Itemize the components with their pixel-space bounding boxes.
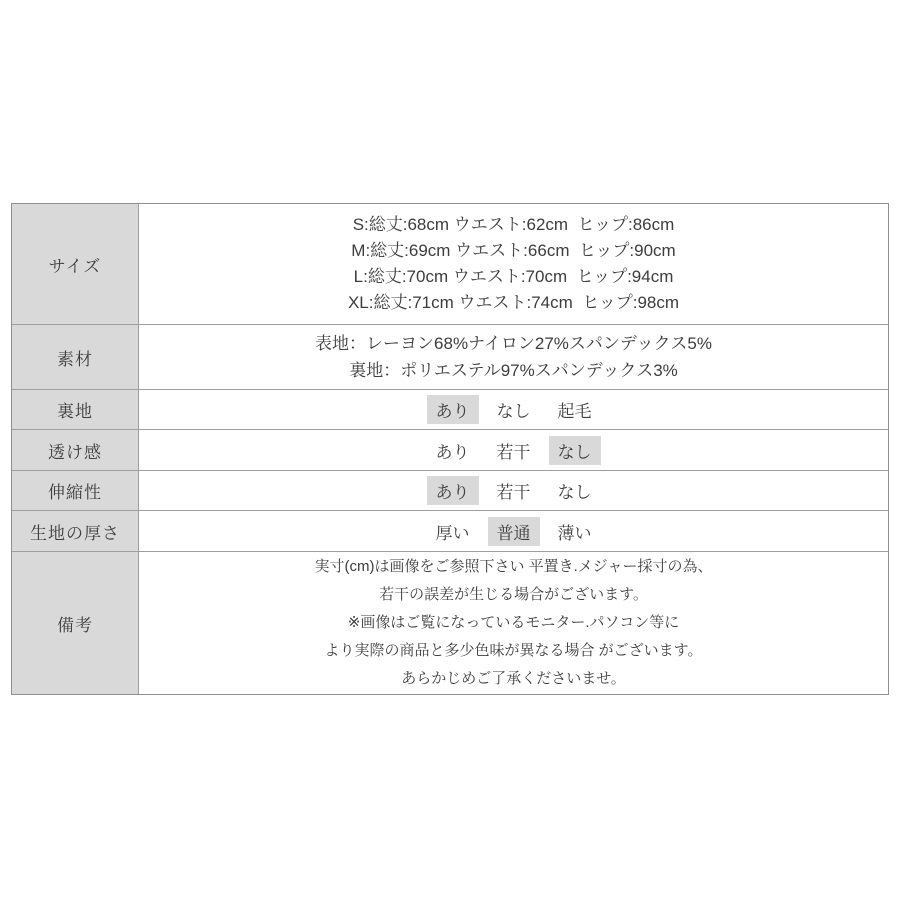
- option-stretch-jakkan: 若干: [488, 476, 540, 505]
- option-thickness-atsui: 厚い: [427, 517, 479, 546]
- size-values-cell: S:総丈:68cm ウエスト:62cm ヒップ:86cm M:総丈:69cm ウ…: [139, 204, 888, 324]
- option-sheer-nashi: なし: [549, 436, 601, 465]
- thickness-options-cell: 厚い 普通 薄い: [139, 511, 888, 551]
- option-stretch-ari: あり: [427, 476, 479, 505]
- thickness-options: 厚い 普通 薄い: [427, 517, 601, 546]
- size-line-l: L:総丈:70cm ウエスト:70cm ヒップ:94cm: [354, 264, 674, 290]
- row-header-notes: 備考: [12, 552, 139, 694]
- material-values-cell: 表地：レーヨン68%ナイロン27%スパンデックス5% 裏地：ポリエステル97%ス…: [139, 325, 888, 389]
- row-header-thickness: 生地の厚さ: [12, 511, 139, 551]
- table-row-lining: 裏地 あり なし 起毛: [12, 389, 888, 429]
- lining-options-cell: あり なし 起毛: [139, 390, 888, 429]
- row-header-size: サイズ: [12, 204, 139, 324]
- notes-line-2: 若干の誤差が生じる場合がございます。: [379, 581, 648, 609]
- row-header-lining: 裏地: [12, 390, 139, 429]
- option-stretch-nashi: なし: [549, 476, 601, 505]
- option-sheer-jakkan: 若干: [488, 436, 540, 465]
- option-lining-nashi: なし: [488, 395, 540, 424]
- option-sheer-ari: あり: [427, 436, 479, 465]
- notes-line-1: 実寸(cm)は画像をご参照下さい 平置き.メジャー採寸の為、: [314, 553, 712, 581]
- size-line-xl: XL:総丈:71cm ウエスト:74cm ヒップ:98cm: [348, 290, 679, 316]
- row-header-material: 素材: [12, 325, 139, 389]
- table-row-material: 素材 表地：レーヨン68%ナイロン27%スパンデックス5% 裏地：ポリエステル9…: [12, 324, 888, 389]
- stretch-options-cell: あり 若干 なし: [139, 471, 888, 510]
- stretch-options: あり 若干 なし: [427, 476, 601, 505]
- option-thickness-futsuu: 普通: [488, 517, 540, 546]
- table-row-stretch: 伸縮性 あり 若干 なし: [12, 470, 888, 510]
- sheerness-options-cell: あり 若干 なし: [139, 430, 888, 470]
- notes-line-4: より実際の商品と多少色味が異なる場合 がございます。: [325, 637, 703, 665]
- material-line-lining: 裏地：ポリエステル97%スパンデックス3%: [349, 357, 678, 384]
- row-header-sheerness: 透け感: [12, 430, 139, 470]
- lining-options: あり なし 起毛: [427, 395, 601, 424]
- table-row-thickness: 生地の厚さ 厚い 普通 薄い: [12, 510, 888, 551]
- product-spec-table: サイズ S:総丈:68cm ウエスト:62cm ヒップ:86cm M:総丈:69…: [11, 203, 889, 695]
- notes-line-3: ※画像はご覧になっているモニター.パソコン等に: [348, 609, 679, 637]
- option-lining-kimo: 起毛: [549, 395, 601, 424]
- option-lining-ari: あり: [427, 395, 479, 424]
- size-line-s: S:総丈:68cm ウエスト:62cm ヒップ:86cm: [353, 212, 675, 238]
- material-line-outer: 表地：レーヨン68%ナイロン27%スパンデックス5%: [315, 330, 712, 357]
- notes-line-5: あらかじめご了承くださいませ。: [401, 665, 626, 693]
- size-line-m: M:総丈:69cm ウエスト:66cm ヒップ:90cm: [351, 238, 675, 264]
- table-row-sheerness: 透け感 あり 若干 なし: [12, 429, 888, 470]
- notes-cell: 実寸(cm)は画像をご参照下さい 平置き.メジャー採寸の為、 若干の誤差が生じる…: [139, 552, 888, 694]
- table-row-notes: 備考 実寸(cm)は画像をご参照下さい 平置き.メジャー採寸の為、 若干の誤差が…: [12, 551, 888, 694]
- table-row-size: サイズ S:総丈:68cm ウエスト:62cm ヒップ:86cm M:総丈:69…: [12, 204, 888, 324]
- option-thickness-usui: 薄い: [549, 517, 601, 546]
- row-header-stretch: 伸縮性: [12, 471, 139, 510]
- sheerness-options: あり 若干 なし: [427, 436, 601, 465]
